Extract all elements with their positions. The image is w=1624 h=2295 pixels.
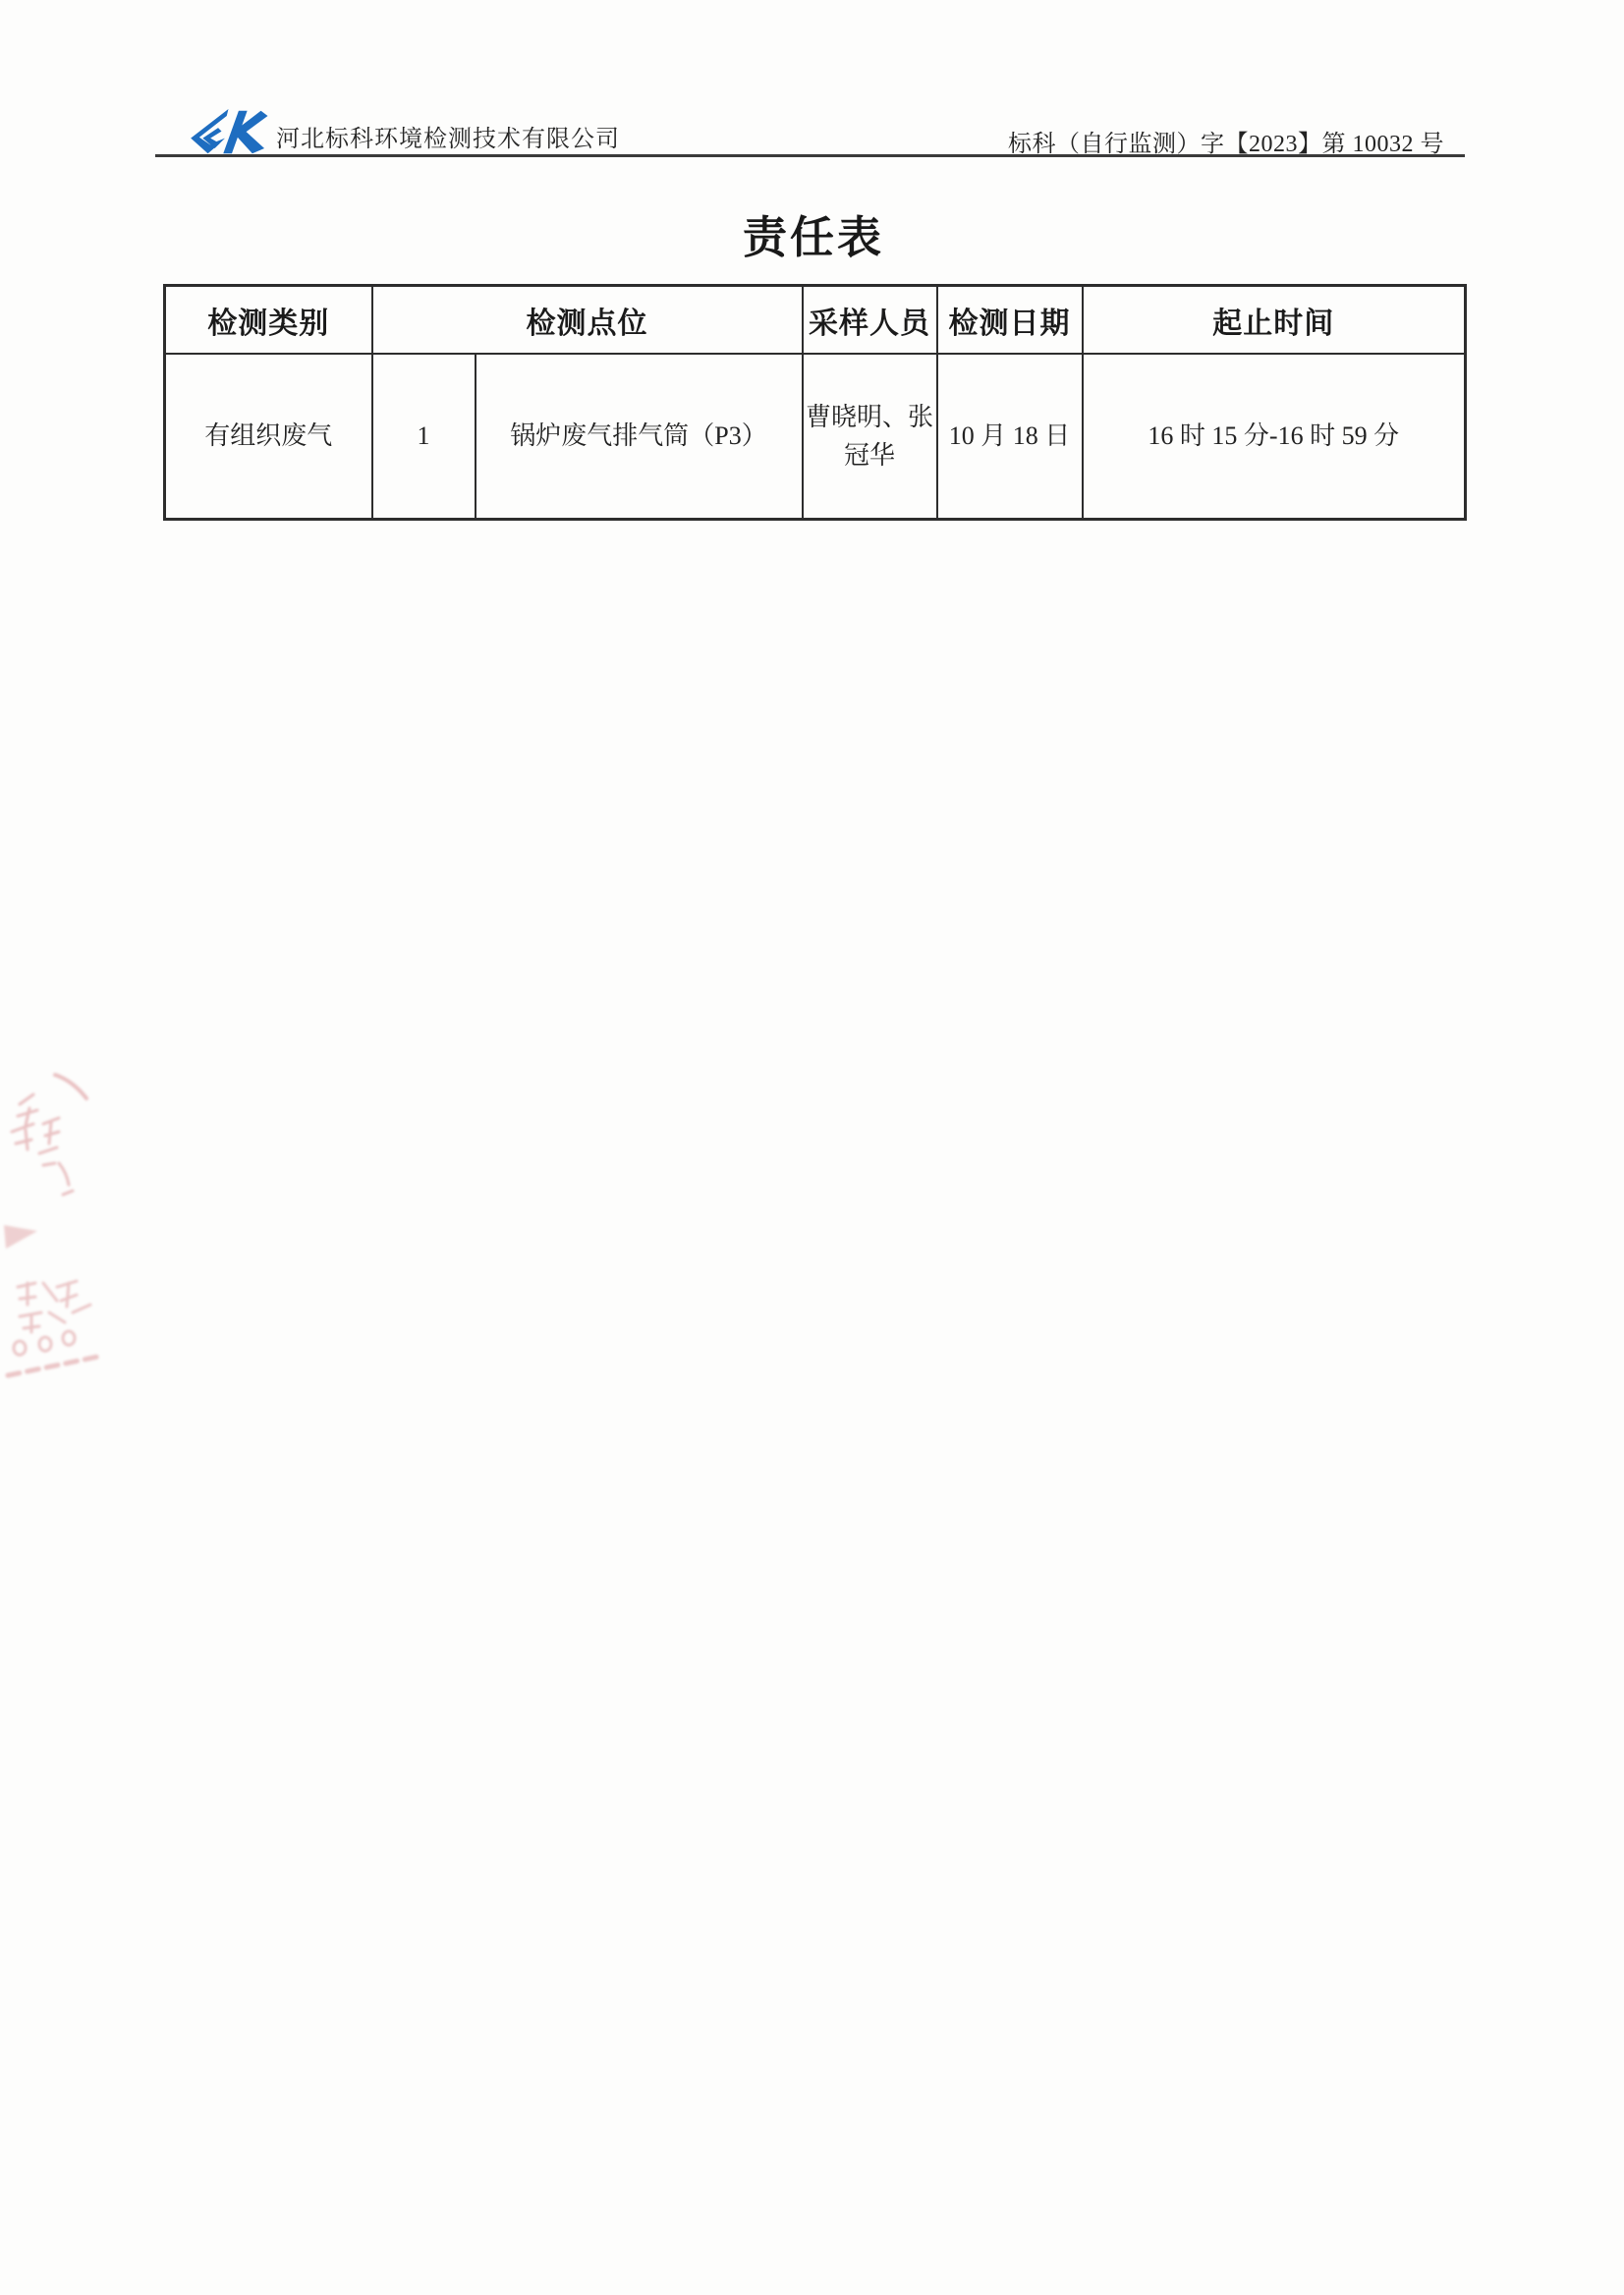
cell-samplers: 曹晓明、张冠华: [803, 354, 937, 519]
company-name: 河北标科环境检测技术有限公司: [276, 119, 620, 153]
scanned-report-page: 河北标科环境检测技术有限公司 标科（自行监测）字【2023】第 10032 号 …: [0, 0, 1624, 2295]
company-logo-icon: [182, 109, 268, 155]
header-divider: [155, 154, 1465, 157]
cell-time-range: 16 时 15 分-16 时 59 分: [1083, 354, 1466, 519]
col-header-samplers: 采样人员: [803, 286, 937, 355]
cell-point-name: 锅炉废气排气筒（P3）: [476, 354, 803, 519]
col-header-point: 检测点位: [372, 286, 803, 355]
col-header-time: 起止时间: [1083, 286, 1466, 355]
document-number: 标科（自行监测）字【2023】第 10032 号: [1008, 124, 1444, 158]
red-stamp-fragment-icon: [0, 1069, 90, 1214]
red-stamp-fragment-icon: [2, 1221, 39, 1251]
col-header-category: 检测类别: [165, 286, 372, 355]
cell-category: 有组织废气: [165, 354, 372, 519]
table-row: 有组织废气 1 锅炉废气排气筒（P3） 曹晓明、张冠华 10 月 18 日 16…: [165, 354, 1466, 519]
cell-point-number: 1: [372, 354, 476, 519]
responsibility-table: 检测类别 检测点位 采样人员 检测日期 起止时间 有组织废气 1 锅炉废气排气筒…: [163, 284, 1467, 521]
red-stamp-fragment-icon: [0, 1273, 114, 1391]
table-header-row: 检测类别 检测点位 采样人员 检测日期 起止时间: [165, 286, 1466, 355]
col-header-date: 检测日期: [937, 286, 1083, 355]
cell-date: 10 月 18 日: [937, 354, 1083, 519]
page-title: 责任表: [163, 201, 1464, 265]
